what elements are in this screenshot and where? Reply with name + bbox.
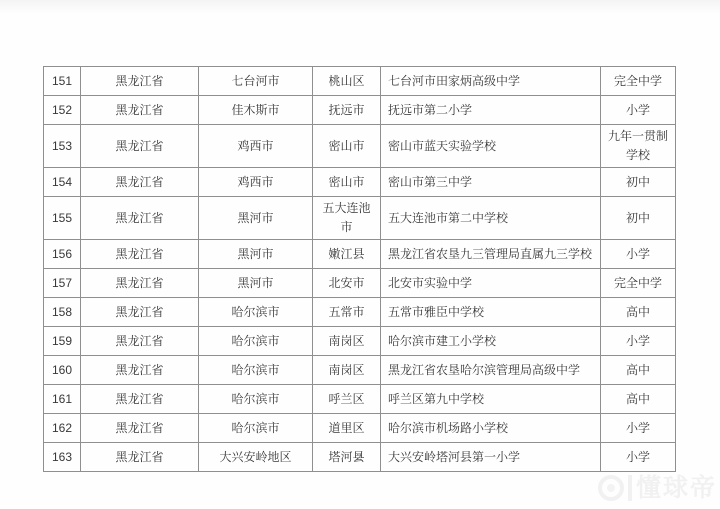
cell-index: 155 — [44, 197, 81, 240]
cell-province: 黑龙江省 — [81, 385, 199, 414]
cell-index: 160 — [44, 356, 81, 385]
cell-district: 嫩江县 — [313, 240, 381, 269]
cell-province: 黑龙江省 — [81, 67, 199, 96]
table-row: 154黑龙江省鸡西市密山市密山市第三中学初中 — [44, 168, 676, 197]
cell-school_type: 初中 — [601, 197, 676, 240]
cell-province: 黑龙江省 — [81, 240, 199, 269]
cell-school_name: 哈尔滨市建工小学校 — [381, 327, 601, 356]
cell-index: 161 — [44, 385, 81, 414]
cell-city: 哈尔滨市 — [199, 414, 313, 443]
document-page: 151黑龙江省七台河市桃山区七台河市田家炳高级中学完全中学152黑龙江省佳木斯市… — [0, 0, 720, 509]
table-row: 157黑龙江省黑河市北安市北安市实验中学完全中学 — [44, 269, 676, 298]
cell-city: 哈尔滨市 — [199, 385, 313, 414]
cell-province: 黑龙江省 — [81, 96, 199, 125]
cell-city: 黑河市 — [199, 269, 313, 298]
cell-district: 桃山区 — [313, 67, 381, 96]
cell-school_name: 黑龙江省农垦九三管理局直属九三学校 — [381, 240, 601, 269]
cell-district: 抚远市 — [313, 96, 381, 125]
cell-city: 哈尔滨市 — [199, 298, 313, 327]
watermark-divider — [628, 475, 632, 501]
cell-province: 黑龙江省 — [81, 298, 199, 327]
table-row: 160黑龙江省哈尔滨市南岗区黑龙江省农垦哈尔滨管理局高级中学高中 — [44, 356, 676, 385]
cell-index: 151 — [44, 67, 81, 96]
cell-city: 哈尔滨市 — [199, 356, 313, 385]
cell-province: 黑龙江省 — [81, 414, 199, 443]
table-row: 155黑龙江省黑河市五大连池市五大连池市第二中学校初中 — [44, 197, 676, 240]
circular-logo-icon — [598, 475, 624, 501]
cell-school_type: 高中 — [601, 298, 676, 327]
cell-province: 黑龙江省 — [81, 168, 199, 197]
cell-school_name: 北安市实验中学 — [381, 269, 601, 298]
page-number: 2 — [43, 452, 675, 462]
school-table-body: 151黑龙江省七台河市桃山区七台河市田家炳高级中学完全中学152黑龙江省佳木斯市… — [44, 67, 676, 472]
cell-province: 黑龙江省 — [81, 356, 199, 385]
cell-city: 鸡西市 — [199, 168, 313, 197]
table-row: 158黑龙江省哈尔滨市五常市五常市雅臣中学校高中 — [44, 298, 676, 327]
cell-district: 南岗区 — [313, 327, 381, 356]
table-row: 159黑龙江省哈尔滨市南岗区哈尔滨市建工小学校小学 — [44, 327, 676, 356]
table-row: 161黑龙江省哈尔滨市呼兰区呼兰区第九中学校高中 — [44, 385, 676, 414]
cell-school_type: 小学 — [601, 327, 676, 356]
table-row: 153黑龙江省鸡西市密山市密山市蓝天实验学校九年一贯制学校 — [44, 125, 676, 168]
cell-school_name: 五大连池市第二中学校 — [381, 197, 601, 240]
cell-district: 五常市 — [313, 298, 381, 327]
table-row: 162黑龙江省哈尔滨市道里区哈尔滨市机场路小学校小学 — [44, 414, 676, 443]
cell-city: 黑河市 — [199, 240, 313, 269]
cell-school_name: 密山市蓝天实验学校 — [381, 125, 601, 168]
cell-school_type: 九年一贯制学校 — [601, 125, 676, 168]
school-list-table: 151黑龙江省七台河市桃山区七台河市田家炳高级中学完全中学152黑龙江省佳木斯市… — [43, 66, 676, 472]
watermark-text: 懂球帝 — [636, 476, 717, 501]
cell-school_name: 黑龙江省农垦哈尔滨管理局高级中学 — [381, 356, 601, 385]
table-row: 156黑龙江省黑河市嫩江县黑龙江省农垦九三管理局直属九三学校小学 — [44, 240, 676, 269]
cell-index: 162 — [44, 414, 81, 443]
cell-school_type: 小学 — [601, 240, 676, 269]
cell-province: 黑龙江省 — [81, 197, 199, 240]
cell-school_type: 小学 — [601, 414, 676, 443]
cell-province: 黑龙江省 — [81, 125, 199, 168]
cell-district: 密山市 — [313, 125, 381, 168]
cell-school_type: 初中 — [601, 168, 676, 197]
cell-city: 哈尔滨市 — [199, 327, 313, 356]
cell-district: 南岗区 — [313, 356, 381, 385]
cell-province: 黑龙江省 — [81, 327, 199, 356]
cell-city: 黑河市 — [199, 197, 313, 240]
cell-index: 157 — [44, 269, 81, 298]
cell-school_type: 高中 — [601, 356, 676, 385]
cell-index: 159 — [44, 327, 81, 356]
cell-index: 158 — [44, 298, 81, 327]
cell-province: 黑龙江省 — [81, 269, 199, 298]
cell-district: 呼兰区 — [313, 385, 381, 414]
cell-city: 鸡西市 — [199, 125, 313, 168]
table-row: 151黑龙江省七台河市桃山区七台河市田家炳高级中学完全中学 — [44, 67, 676, 96]
cell-index: 153 — [44, 125, 81, 168]
cell-school_name: 七台河市田家炳高级中学 — [381, 67, 601, 96]
cell-district: 道里区 — [313, 414, 381, 443]
cell-district: 密山市 — [313, 168, 381, 197]
cell-school_name: 五常市雅臣中学校 — [381, 298, 601, 327]
cell-index: 152 — [44, 96, 81, 125]
cell-index: 156 — [44, 240, 81, 269]
cell-school_type: 高中 — [601, 385, 676, 414]
table-row: 152黑龙江省佳木斯市抚远市抚远市第二小学小学 — [44, 96, 676, 125]
cell-district: 北安市 — [313, 269, 381, 298]
cell-school_name: 呼兰区第九中学校 — [381, 385, 601, 414]
cell-school_name: 密山市第三中学 — [381, 168, 601, 197]
cell-city: 佳木斯市 — [199, 96, 313, 125]
cell-school_type: 小学 — [601, 96, 676, 125]
cell-city: 七台河市 — [199, 67, 313, 96]
watermark: 懂球帝 — [598, 475, 717, 501]
cell-index: 154 — [44, 168, 81, 197]
cell-district: 五大连池市 — [313, 197, 381, 240]
cell-school_type: 完全中学 — [601, 269, 676, 298]
cell-school_type: 完全中学 — [601, 67, 676, 96]
cell-school_name: 抚远市第二小学 — [381, 96, 601, 125]
cell-school_name: 哈尔滨市机场路小学校 — [381, 414, 601, 443]
